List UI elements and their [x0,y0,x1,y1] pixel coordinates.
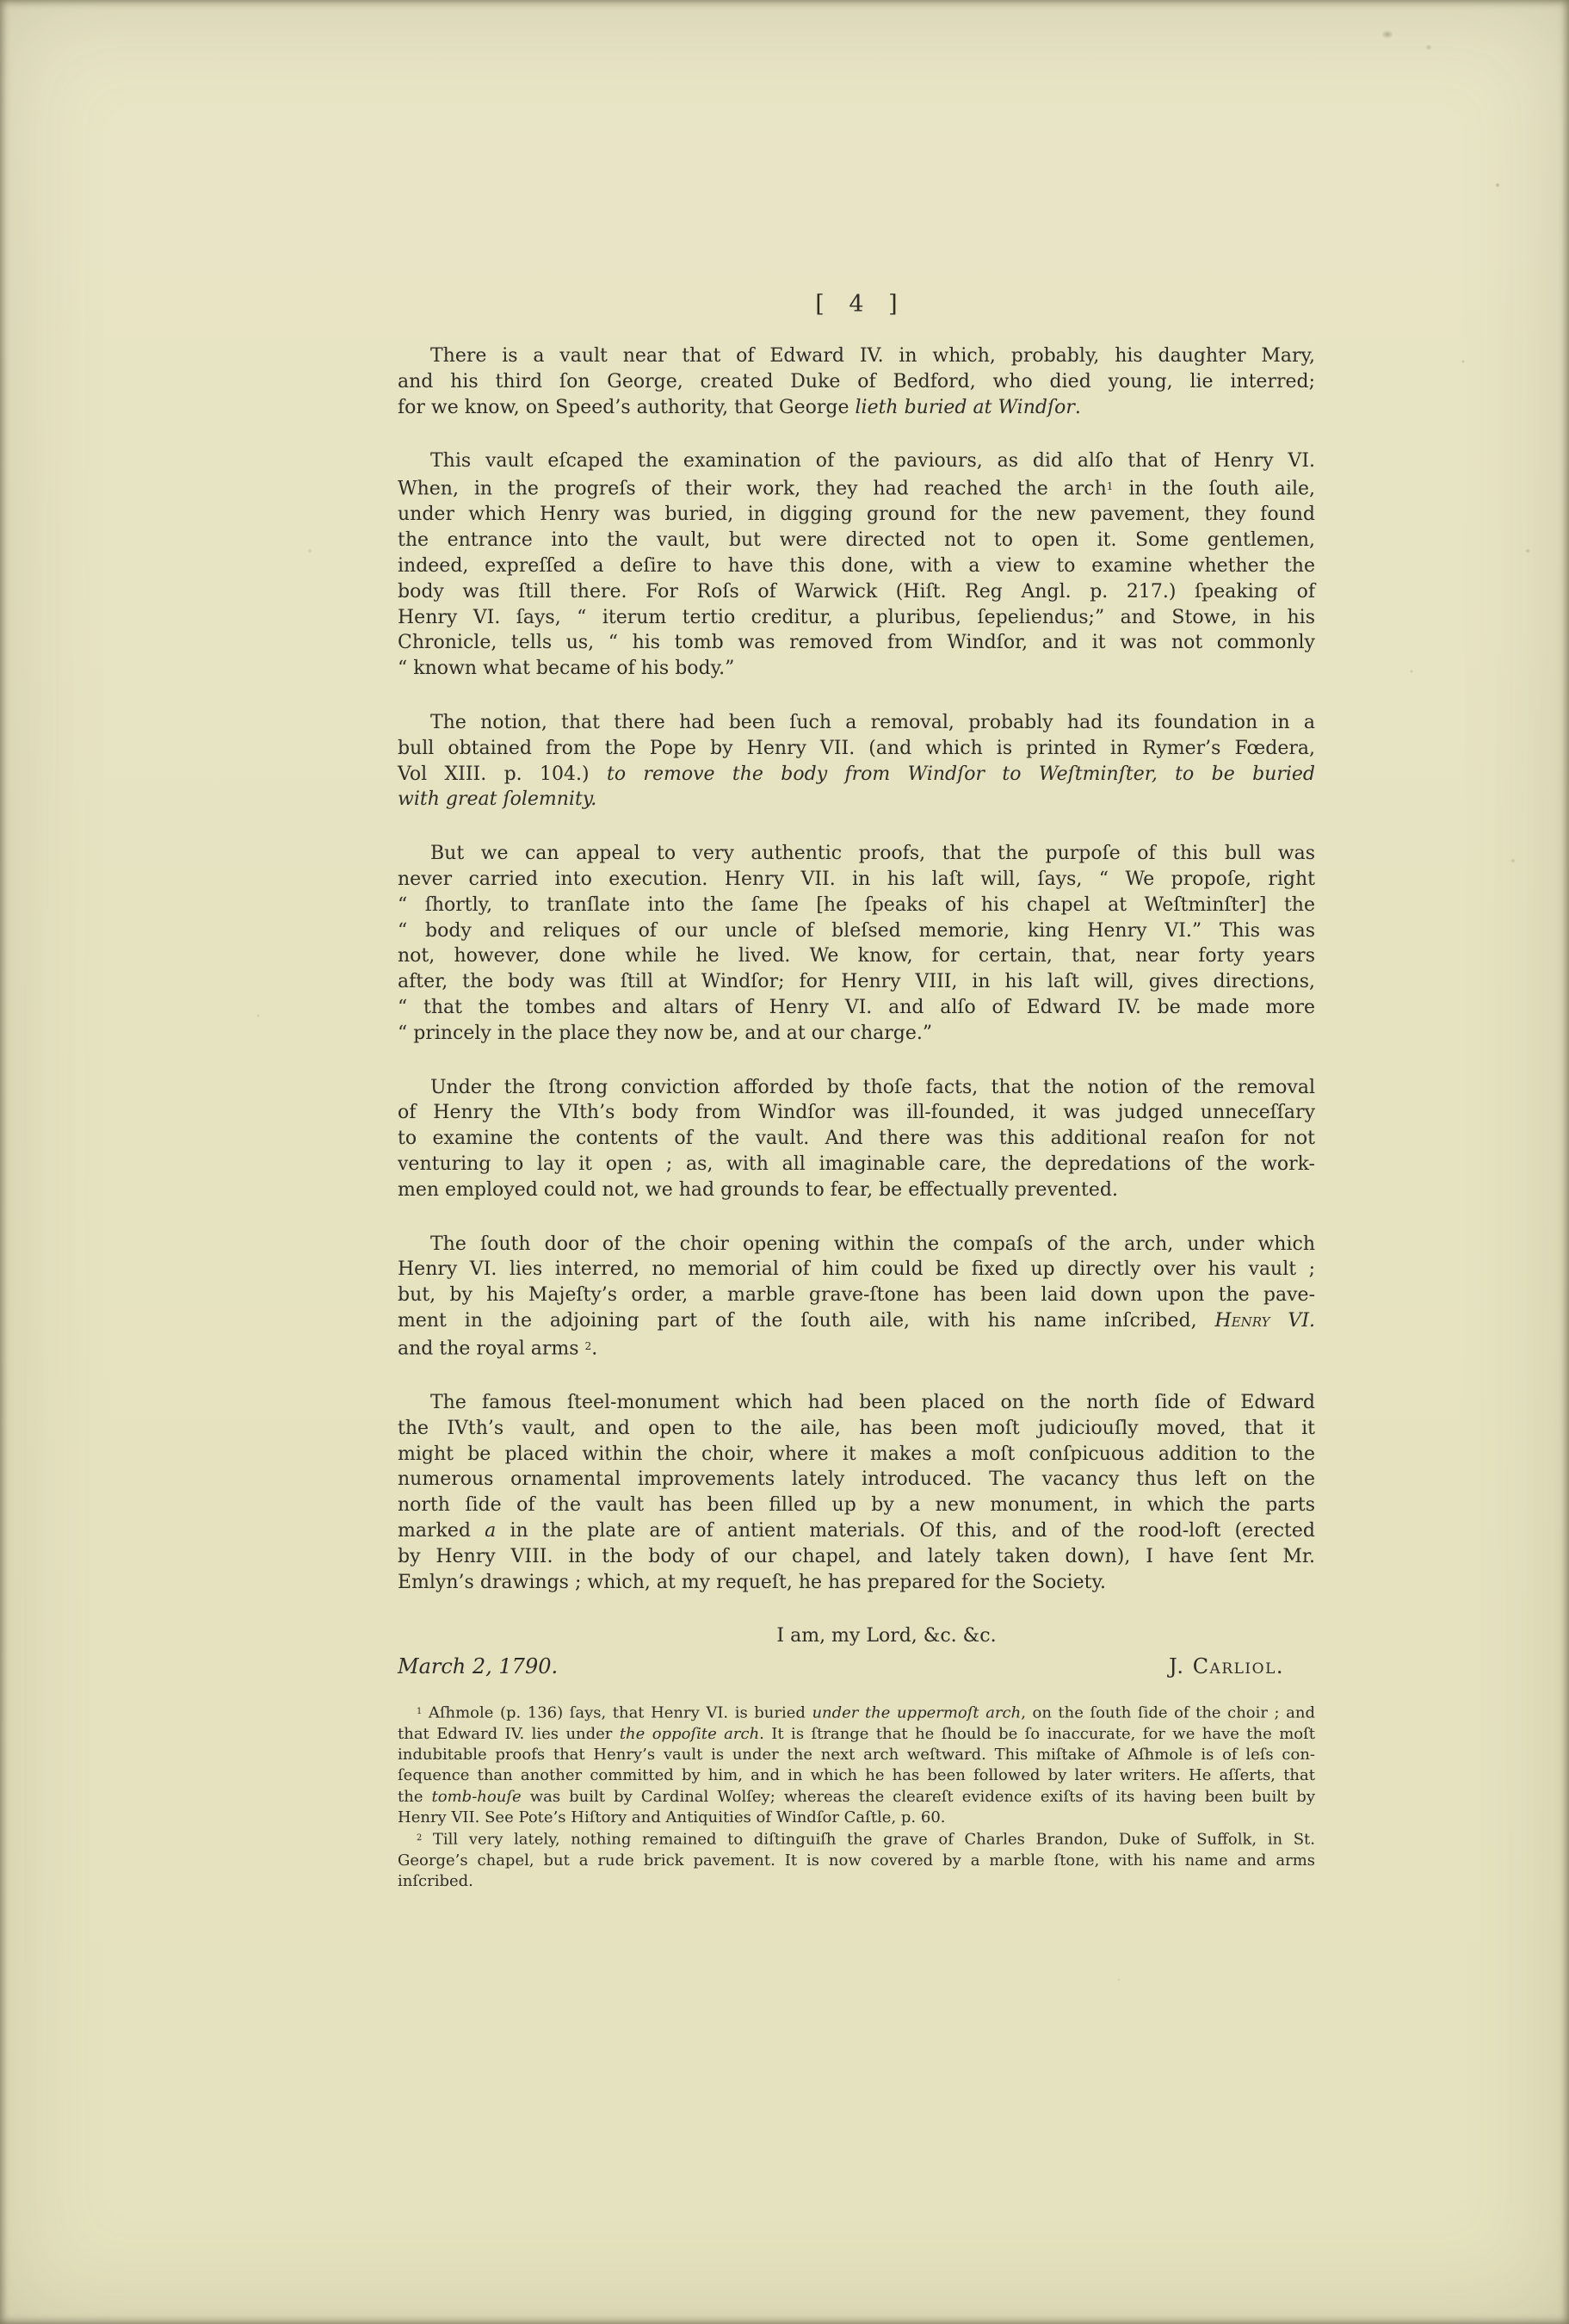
text-line: inſcribed. [398,1871,1315,1892]
text-line: the tomb-houſe was built by Cardinal Wol… [398,1787,1315,1808]
text-segment: men employed could not, we had grounds t… [398,1179,1118,1201]
text-segment: “ princely in the place they now be, and… [398,1023,932,1044]
text-segment: in the ſouth aile, [1114,479,1316,500]
text-segment: with great ſolemnity. [398,788,596,810]
text-segment: to remove the body from Windſor to Weſtm… [607,763,1315,785]
text-line: to examine the contents of the vault. An… [398,1126,1315,1152]
text-segment: lieth buried at Windſor [856,397,1075,418]
footnote: 1 Aſhmole (p. 136) ſays, that Henry VI. … [398,1702,1315,1828]
text-line: bull obtained from the Pope by Henry VII… [398,736,1315,762]
text-line: But we can appeal to very authentic proo… [398,841,1315,867]
text-line: the IVth’s vault, and open to the aile, … [398,1416,1315,1442]
text-line: “ ſhortly, to tranſlate into the ſame [h… [398,893,1315,918]
text-segment: and his third ſon George, created Duke o… [398,371,1315,392]
text-line: venturing to lay it open ; as, with all … [398,1152,1315,1177]
text-line: by Henry VIII. in the body of our chapel… [398,1544,1315,1570]
text-segment: , on the ſouth ſide of the choir ; and [1021,1704,1315,1722]
paragraph: Under the ſtrong conviction afforded by … [398,1075,1315,1203]
text-column: [ 4 ] There is a vault near that of Edwa… [398,291,1315,1892]
text-segment: in the plate are of antient materials. O… [496,1520,1315,1542]
text-segment: . [591,1338,597,1359]
text-line: This vault eſcaped the examination of th… [398,448,1315,474]
text-line: There is a vault near that of Edward IV.… [398,343,1315,369]
text-line: 1 Aſhmole (p. 136) ſays, that Henry VI. … [398,1702,1315,1724]
text-line: and his third ſon George, created Duke o… [398,369,1315,395]
text-segment: indubitable proofs that Henry’s vault is… [398,1746,1315,1764]
text-line: indeed, expreſſed a deſire to have this … [398,553,1315,579]
text-segment: Chronicle, tells us, “ his tomb was remo… [398,632,1315,653]
text-line: men employed could not, we had grounds t… [398,1177,1315,1203]
text-segment: and the royal arms [398,1338,585,1359]
text-segment: the entrance into the vault, but were di… [398,529,1315,551]
text-line: body was ſtill there. For Roſs of Warwic… [398,579,1315,605]
text-segment: but, by his Majeſty’s order, a marble gr… [398,1284,1315,1306]
text-segment: When, in the progreſs of their work, the… [398,479,1107,500]
text-segment: Under the ſtrong conviction afforded by … [430,1077,1315,1098]
text-line: of Henry the VIth’s body from Windſor wa… [398,1100,1315,1126]
text-line: George’s chapel, but a rude brick paveme… [398,1851,1315,1871]
text-segment: the IVth’s vault, and open to the aile, … [398,1418,1315,1439]
text-segment: Aſhmole (p. 136) ſays, that Henry VI. is… [422,1704,812,1722]
text-segment: “ body and reliques of our uncle of bleſ… [398,920,1315,942]
body-paragraphs: There is a vault near that of Edward IV.… [398,343,1315,1595]
text-segment: to examine the contents of the vault. An… [398,1128,1315,1149]
document-page: [ 4 ] There is a vault near that of Edwa… [0,0,1569,2324]
text-segment: that Edward IV. lies under [398,1725,620,1743]
text-line: 2 Till very lately, nothing remained to … [398,1828,1315,1851]
text-segment: the [398,1788,432,1806]
text-segment: The famous ſteel-monument which had been… [430,1392,1315,1413]
text-segment: “ ſhortly, to tranſlate into the ſame [h… [398,894,1315,916]
text-segment: tomb-houſe [432,1788,522,1806]
text-segment: Henry VI. [1215,1310,1316,1332]
text-line: numerous ornamental improvements lately … [398,1467,1315,1493]
text-line: ſequence than another committed by him, … [398,1765,1315,1786]
paragraph: The ſouth door of the choir opening with… [398,1232,1315,1362]
paragraph: This vault eſcaped the examination of th… [398,448,1315,682]
text-segment: of Henry the VIth’s body from Windſor wa… [398,1102,1315,1123]
text-segment: by Henry VIII. in the body of our chapel… [398,1546,1315,1567]
text-segment: There is a vault near that of Edward IV.… [430,345,1315,367]
paragraph: But we can appeal to very authentic proo… [398,841,1315,1046]
text-segment: bull obtained from the Pope by Henry VII… [398,738,1315,759]
text-line: with great ſolemnity. [398,787,1315,813]
closing-line: I am, my Lord, &c. &c. [398,1623,1315,1649]
text-line: north ſide of the vault has been filled … [398,1493,1315,1518]
text-line: after, the body was ſtill at Windſor; fo… [398,969,1315,995]
text-segment: numerous ornamental improvements lately … [398,1468,1315,1490]
text-segment: Vol XIII. p. 104.) [398,763,607,785]
text-line: for we know, on Speed’s authority, that … [398,395,1315,421]
text-segment: “ known what became of his body.” [398,658,734,679]
text-segment: indeed, expreſſed a deſire to have this … [398,555,1315,577]
text-line: The famous ſteel-monument which had been… [398,1390,1315,1416]
text-line: “ body and reliques of our uncle of bleſ… [398,918,1315,944]
text-segment: marked [398,1520,485,1542]
text-line: that Edward IV. lies under the oppoſite … [398,1724,1315,1745]
footnotes: 1 Aſhmole (p. 136) ſays, that Henry VI. … [398,1702,1315,1892]
text-segment: after, the body was ſtill at Windſor; fo… [398,971,1315,992]
footnote-marker: 1 [1107,480,1114,492]
text-segment: never carried into execution. Henry VII.… [398,868,1315,890]
text-line: might be placed within the choir, where … [398,1442,1315,1468]
letter-date: March 2, 1790. [398,1654,558,1678]
text-segment: George’s chapel, but a rude brick paveme… [398,1851,1315,1870]
text-segment: north ſide of the vault has been filled … [398,1494,1315,1516]
text-segment: inſcribed. [398,1872,473,1890]
text-segment: under the uppermoſt arch [812,1704,1021,1722]
text-line: marked a in the plate are of antient mat… [398,1518,1315,1544]
text-segment: . It is ſtrange that he ſhould be ſo ina… [759,1725,1315,1743]
text-segment: . [1075,397,1081,418]
text-segment: the oppoſite arch [620,1725,759,1743]
paragraph: The notion, that there had been ſuch a r… [398,710,1315,813]
text-segment: ment in the adjoining part of the ſouth … [398,1310,1215,1332]
text-line: “ princely in the place they now be, and… [398,1021,1315,1047]
text-segment: The ſouth door of the choir opening with… [430,1233,1315,1255]
text-line: never carried into execution. Henry VII.… [398,867,1315,893]
text-segment: body was ſtill there. For Roſs of Warwic… [398,581,1315,603]
footnote: 2 Till very lately, nothing remained to … [398,1828,1315,1892]
text-segment: ſequence than another committed by him, … [398,1766,1315,1784]
text-line: under which Henry was buried, in digging… [398,502,1315,528]
text-segment: Till very lately, nothing remained to di… [422,1830,1315,1848]
text-segment: was built by Cardinal Wolſey; whereas th… [522,1788,1315,1806]
paragraph: The famous ſteel-monument which had been… [398,1390,1315,1595]
text-line: “ that the tombes and altars of Henry VI… [398,995,1315,1021]
text-line: The notion, that there had been ſuch a r… [398,710,1315,736]
text-segment: This vault eſcaped the examination of th… [430,450,1315,472]
text-segment: Henry VII. See Pote’s Hiſtory and Antiqu… [398,1808,946,1826]
text-line: Henry VI. ſays, “ iterum tertio creditur… [398,605,1315,631]
text-line: Under the ſtrong conviction afforded by … [398,1075,1315,1101]
text-line: ment in the adjoining part of the ſouth … [398,1308,1315,1334]
text-line: Emlyn’s drawings ; which, at my requeſt,… [398,1570,1315,1596]
text-line: the entrance into the vault, but were di… [398,528,1315,553]
text-segment: might be placed within the choir, where … [398,1443,1315,1465]
text-segment: But we can appeal to very authentic proo… [430,843,1315,864]
paragraph: There is a vault near that of Edward IV.… [398,343,1315,420]
text-segment: for we know, on Speed’s authority, that … [398,397,856,418]
text-segment: under which Henry was buried, in digging… [398,504,1315,525]
signature: J. Carliol. [1169,1654,1284,1678]
text-segment: Henry VI. lies interred, no memorial of … [398,1258,1315,1280]
text-line: Vol XIII. p. 104.) to remove the body fr… [398,762,1315,788]
text-line: but, by his Majeſty’s order, a marble gr… [398,1283,1315,1308]
text-line: not, however, done while he lived. We kn… [398,943,1315,969]
text-line: and the royal arms 2. [398,1334,1315,1362]
text-line: Henry VI. lies interred, no memorial of … [398,1257,1315,1283]
text-line: Henry VII. See Pote’s Hiſtory and Antiqu… [398,1808,1315,1828]
text-segment: venturing to lay it open ; as, with all … [398,1153,1315,1175]
text-line: The ſouth door of the choir opening with… [398,1232,1315,1258]
date-signature-row: March 2, 1790. J. Carliol. [398,1654,1315,1678]
text-segment: a [485,1520,496,1542]
text-segment: not, however, done while he lived. We kn… [398,945,1315,967]
text-line: Chronicle, tells us, “ his tomb was remo… [398,630,1315,656]
text-segment: Emlyn’s drawings ; which, at my requeſt,… [398,1572,1106,1593]
text-segment: “ that the tombes and altars of Henry VI… [398,997,1315,1018]
text-segment: Henry VI. ſays, “ iterum tertio creditur… [398,607,1315,628]
text-line: indubitable proofs that Henry’s vault is… [398,1745,1315,1765]
text-line: When, in the progreſs of their work, the… [398,474,1315,502]
page-number: [ 4 ] [398,291,1315,318]
text-line: “ known what became of his body.” [398,656,1315,682]
text-segment: The notion, that there had been ſuch a r… [430,712,1315,733]
